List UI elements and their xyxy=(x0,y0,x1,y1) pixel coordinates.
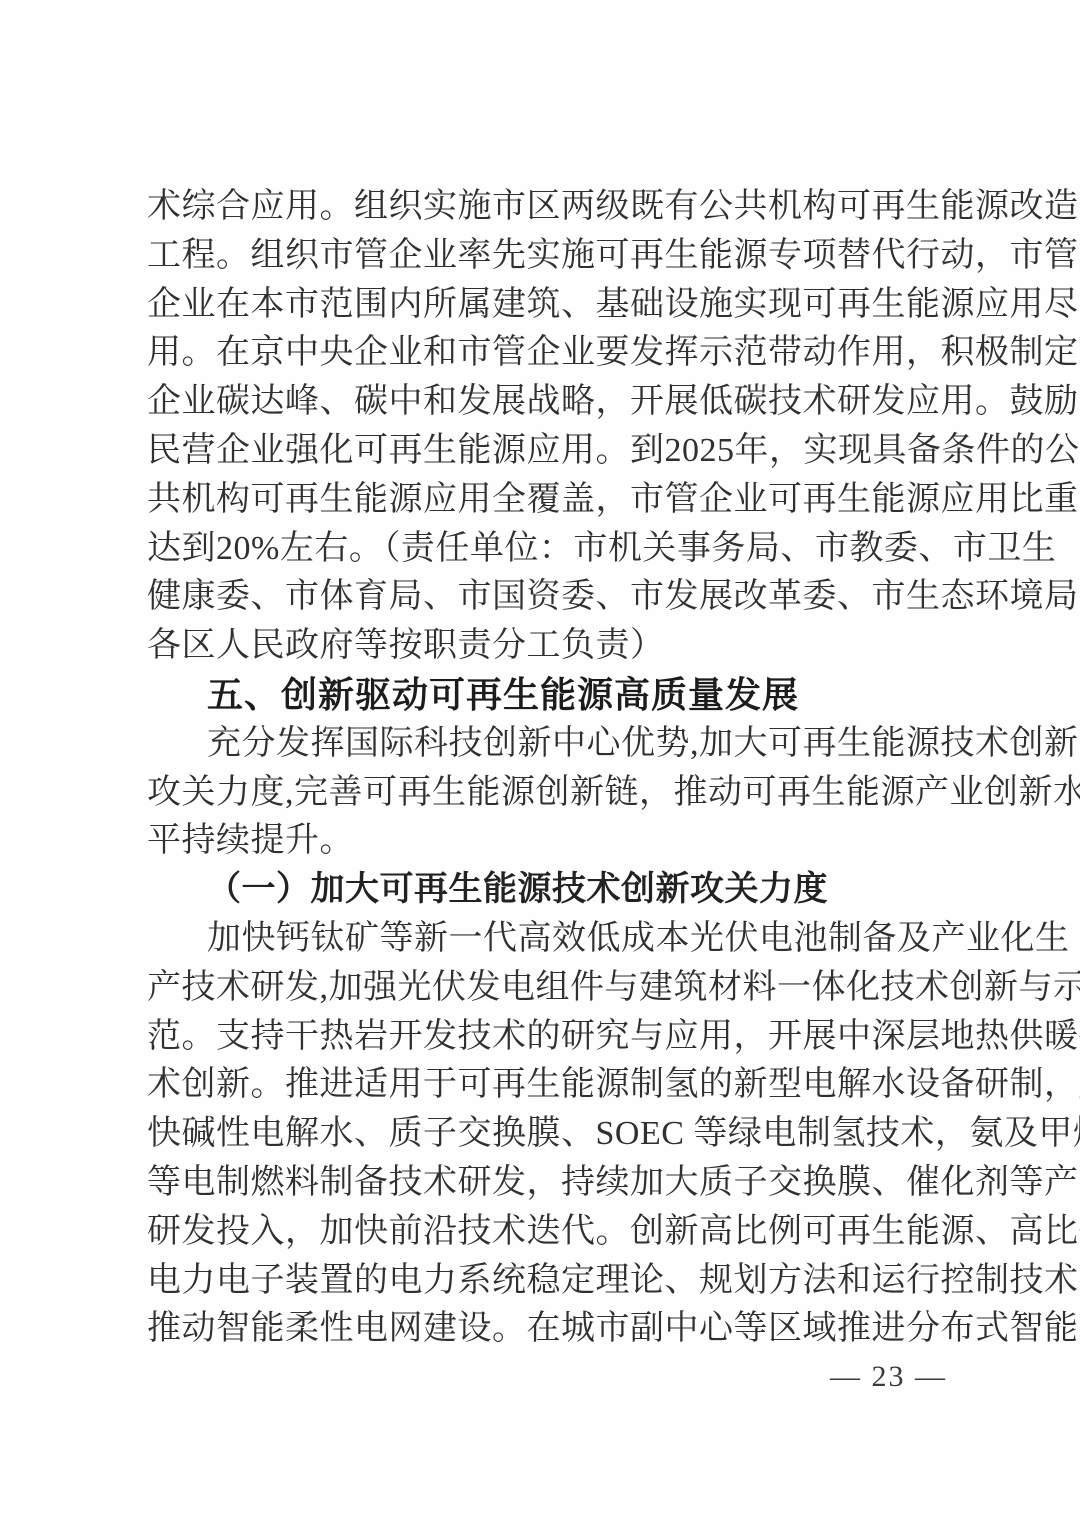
body-text-line: 电力电子装置的电力系统稳定理论、规划方法和运行控制技术， xyxy=(147,1257,941,1306)
body-text-line: 充分发挥国际科技创新中心优势,加大可再生能源技术创新 xyxy=(147,720,941,769)
subsection-heading: （一）加大可再生能源技术创新攻关力度 xyxy=(147,866,941,915)
page-number: — 23 — xyxy=(830,1360,947,1394)
body-text-line: 产技术研发,加强光伏发电组件与建筑材料一体化技术创新与示 xyxy=(147,964,941,1013)
body-text-line: 共机构可再生能源应用全覆盖，市管企业可再生能源应用比重 xyxy=(147,476,941,525)
body-text-line: 平持续提升。 xyxy=(147,817,941,866)
body-text-line: 研发投入，加快前沿技术迭代。创新高比例可再生能源、高比例 xyxy=(147,1208,941,1257)
body-text-line: 范。支持干热岩开发技术的研究与应用，开展中深层地热供暖技 xyxy=(147,1013,941,1062)
body-text-line: 民营企业强化可再生能源应用。到2025年，实现具备条件的公 xyxy=(147,427,941,476)
body-text-line: 用。在京中央企业和市管企业要发挥示范带动作用，积极制定 xyxy=(147,329,941,378)
body-text-line: 术创新。推进适用于可再生能源制氢的新型电解水设备研制，加 xyxy=(147,1061,941,1110)
body-text-line: 推动智能柔性电网建设。在城市副中心等区域推进分布式智能电 xyxy=(147,1305,941,1354)
body-text-line: 企业碳达峰、碳中和发展战略，开展低碳技术研发应用。鼓励 xyxy=(147,378,941,427)
page-body: 术综合应用。组织实施市区两级既有公共机构可再生能源改造 工程。组织市管企业率先实… xyxy=(147,183,941,1354)
body-text-line: 术综合应用。组织实施市区两级既有公共机构可再生能源改造 xyxy=(147,183,941,232)
body-text-line: 等电制燃料制备技术研发，持续加大质子交换膜、催化剂等产品 xyxy=(147,1159,941,1208)
body-text-line: 工程。组织市管企业率先实施可再生能源专项替代行动，市管 xyxy=(147,232,941,281)
body-text-line: 企业在本市范围内所属建筑、基础设施实现可再生能源应用尽 xyxy=(147,281,941,330)
section-heading: 五、创新驱动可再生能源高质量发展 xyxy=(147,671,941,720)
document-page: 术综合应用。组织实施市区两级既有公共机构可再生能源改造 工程。组织市管企业率先实… xyxy=(0,0,1080,1528)
body-text-line: 各区人民政府等按职责分工负责） xyxy=(147,622,941,671)
body-text-line: 快碱性电解水、质子交换膜、SOEC 等绿电制氢技术，氨及甲烷 xyxy=(147,1110,941,1159)
body-text-line: 达到20%左右。（责任单位：市机关事务局、市教委、市卫生 xyxy=(147,525,941,574)
body-text-line: 加快钙钛矿等新一代高效低成本光伏电池制备及产业化生 xyxy=(147,915,941,964)
body-text-line: 攻关力度,完善可再生能源创新链，推动可再生能源产业创新水 xyxy=(147,769,941,818)
body-text-line: 健康委、市体育局、市国资委、市发展改革委、市生态环境局， xyxy=(147,573,941,622)
